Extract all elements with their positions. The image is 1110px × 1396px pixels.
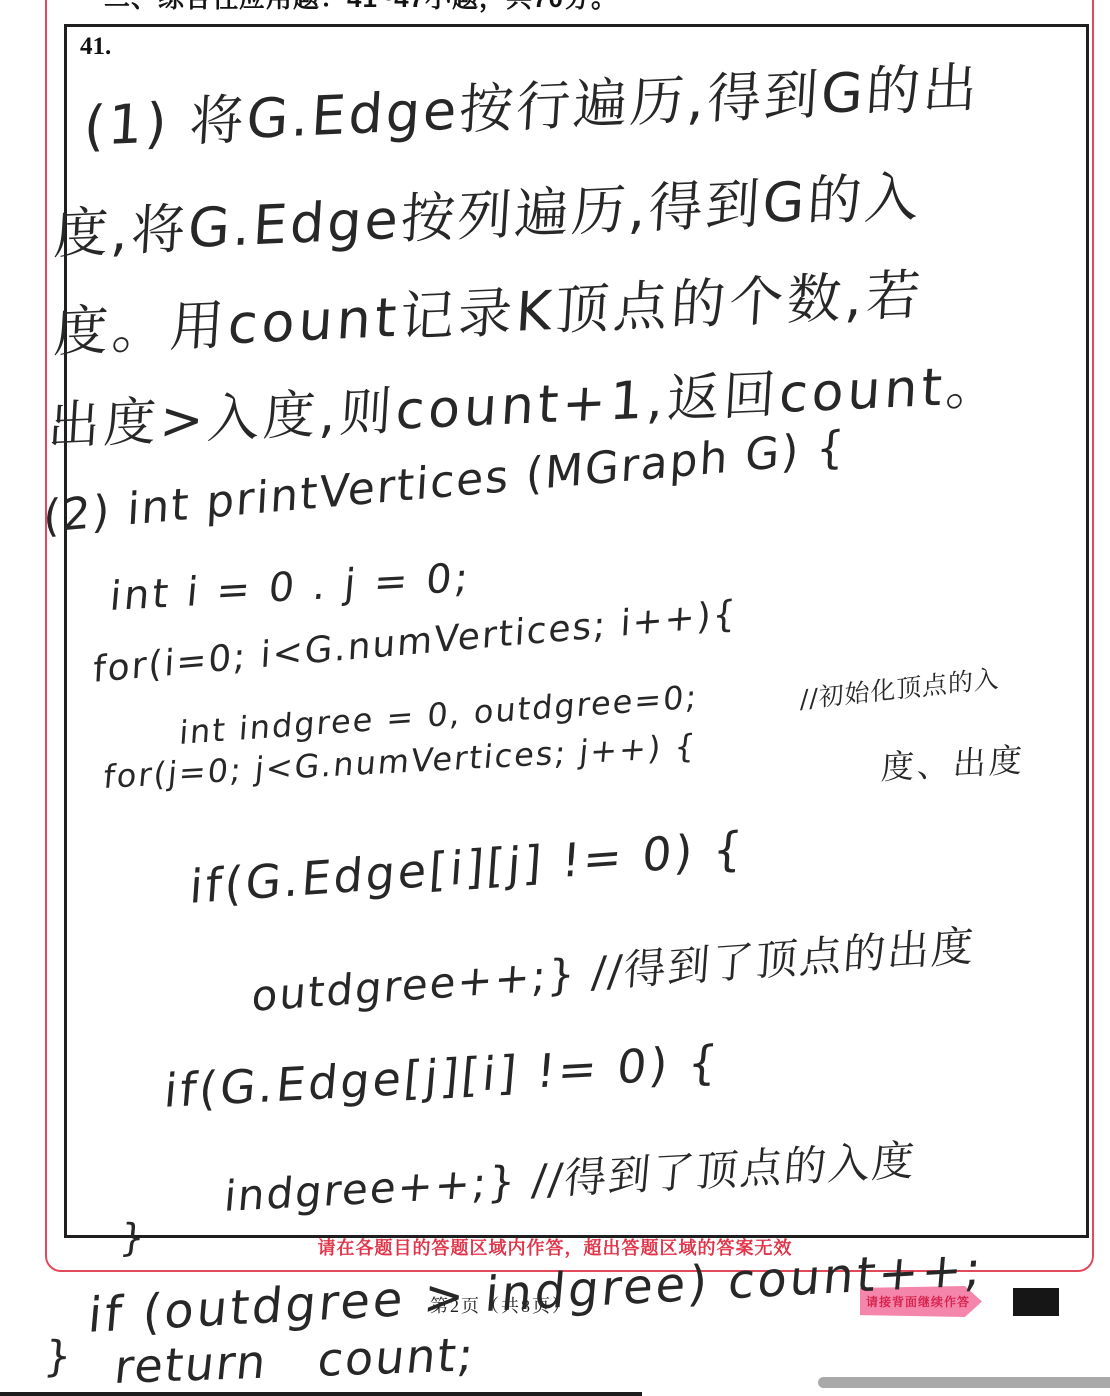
handwritten-closing-brace-outer: } [42,1331,74,1381]
registration-black-mark [1013,1288,1059,1316]
handwritten-comment-init-wrap: 度、出度 [880,734,1026,789]
handwritten-line-return: return count; [112,1327,478,1394]
scan-gray-bar [818,1377,1110,1388]
question-number: 41. [80,34,111,59]
handwritten-closing-brace-inner: } [118,1215,147,1260]
scanned-exam-page: 二、综合性应用题：41~47小题，共70分。 41. 请在各题目的答题区域内作答… [0,0,1110,1396]
scan-bottom-edge-line [0,1392,642,1396]
